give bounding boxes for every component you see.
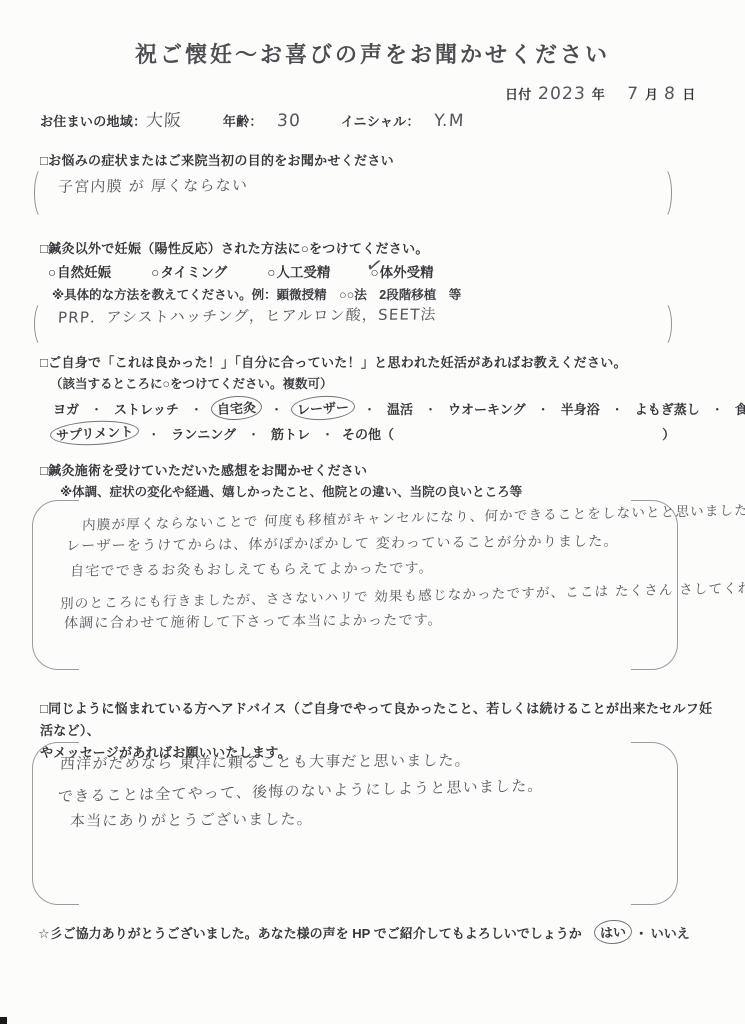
dot-separator: ・ [711, 399, 724, 418]
age-label: 年齢： [223, 111, 263, 130]
footer-no: いいえ [651, 923, 690, 942]
other-close-label: ） [662, 424, 675, 443]
date-line: 日付 2023 年 7 月 8 日 [505, 84, 696, 104]
dot-separator: ・ [363, 399, 376, 418]
option-timing: ○タイミング ✓ [151, 261, 227, 281]
date-year-value: 2023 [537, 84, 586, 104]
dot-separator: ・ [270, 399, 283, 418]
profile-line: お住まいの地域： 大阪 年齢： 30 イニシャル： Y.M [40, 106, 464, 131]
date-label: 日付 [505, 84, 532, 103]
date-day-value: 8 [664, 84, 677, 104]
activity-home-moxa: 自宅灸 [210, 395, 262, 422]
dot-separator: ・ [90, 399, 103, 418]
advice-line: 本当にありがとうございました。 [69, 805, 313, 835]
activity-yoga: ヨガ [50, 398, 82, 419]
footer-line: ☆彡ご協力ありがとうございました。あなた様の声を HP でご紹介してもよろしいで… [38, 920, 690, 944]
other-open-label: その他（ [342, 424, 394, 443]
method-answer: PRP．アシストハッチング，ヒアルロン酸，SEET法 [58, 303, 438, 327]
self-care-row1: ヨガ ・ ストレッチ ・ 自宅灸 ・ レーザー ・ 温活 ・ ウオーキング ・ … [50, 396, 745, 420]
initial-value: Y.M [433, 111, 465, 131]
symptoms-answer: 子宮内膜 が 厚くならない [58, 174, 249, 197]
method-answer-box: PRP．アシストハッチング，ヒアルロン酸，SEET法 [34, 301, 672, 347]
activity-supplement: サプリメント [49, 419, 139, 448]
scan-artifact [0, 1017, 7, 1024]
activity-yomogi: よもぎ蒸し [632, 398, 703, 419]
impressions-heading: □鍼灸施術を受けていただいた感想をお聞かせください [40, 460, 367, 479]
self-care-note: （該当するところに○をつけてください。複数可） [50, 374, 333, 392]
region-label: お住まいの地域： [40, 111, 146, 130]
dot-separator: ・ [190, 399, 203, 418]
option-ivf: ○体外受精 ✓ [370, 261, 433, 281]
activity-walking: ウオーキング [445, 398, 529, 419]
impressions-line: 体調に合わせて施術して下さって本当によかったです。 [63, 608, 443, 636]
option-label: 自然妊娠 [57, 265, 111, 280]
option-iui: ○人工受精 ✓ [267, 261, 330, 281]
dot-separator: ・ [635, 923, 648, 942]
option-label: 人工受精 [276, 265, 330, 280]
date-month-suffix: 月 [645, 84, 658, 103]
activity-muscle: 筋トレ [268, 423, 313, 444]
impressions-answer-box: 内膜が厚くならないことで 何度も移植がキャンセルになり、何かできることをしないと… [32, 500, 678, 670]
activity-diet: 食養生（ダイエット） [732, 398, 745, 419]
activity-half-bath: 半身浴 [558, 398, 603, 419]
impressions-line: 自宅でできるお灸もおしえてもらえてよかったです。 [69, 556, 434, 584]
symptoms-answer-box: 子宮内膜 が 厚くならない [34, 167, 672, 219]
region-value: 大阪 [146, 106, 184, 131]
footer-yes: はい [593, 919, 632, 945]
option-label: 体外受精 [380, 265, 434, 280]
option-natural: ○自然妊娠 ✓ [48, 261, 111, 281]
impressions-line: レーザーをうけてからは、体がぽかぽかして 変わっていることが分かりました。 [65, 530, 619, 560]
circle-marker-icon: ○ [48, 265, 56, 280]
option-label: タイミング [160, 265, 227, 280]
activity-onkatsu: 温活 [384, 398, 416, 419]
initial-label: イニシャル： [341, 111, 420, 130]
form-title: 祝ご懐妊～お喜びの声をお聞かせください [0, 38, 745, 69]
self-care-row2: サプリメント ・ ランニング ・ 筋トレ ・ その他（ ） [50, 421, 675, 445]
activity-stretch: ストレッチ [111, 398, 182, 419]
self-care-heading: □ご自身で「これは良かった！」「自分に合っていた！」と思われた妊活があればお教え… [40, 352, 627, 371]
footer-text: ☆彡ご協力ありがとうございました。あなた様の声を HP でご紹介してもよろしいで… [38, 923, 582, 942]
dot-separator: ・ [247, 424, 260, 443]
advice-line: 西洋がだめなら 東洋に頼ることも大事だと思いました。 [59, 746, 471, 778]
date-month-value: 7 [626, 84, 639, 104]
date-day-suffix: 日 [682, 84, 695, 103]
scanned-survey-form: 祝ご懐妊～お喜びの声をお聞かせください 日付 2023 年 7 月 8 日 お住… [0, 0, 745, 1024]
dot-separator: ・ [321, 424, 334, 443]
impressions-note: ※体調、症状の変化や経過、嬉しかったこと、他院との違い、当院の良いところ等 [60, 482, 522, 500]
activity-laser: レーザー [290, 394, 355, 421]
activity-running: ランニング [168, 423, 239, 444]
advice-heading-line1: □同じように悩まれている方へアドバイス（ご自身でやって良かったこと、若しくは続け… [40, 698, 720, 742]
dot-separator: ・ [424, 399, 437, 418]
date-year-suffix: 年 [592, 84, 605, 103]
dot-separator: ・ [537, 399, 550, 418]
circle-marker-icon: ○ [151, 265, 159, 280]
advice-answer-box: 西洋がだめなら 東洋に頼ることも大事だと思いました。 できることは全てやって、後… [32, 742, 678, 905]
dot-separator: ・ [611, 399, 624, 418]
dot-separator: ・ [147, 424, 160, 443]
age-value: 30 [276, 111, 301, 131]
method-options: ○自然妊娠 ✓ ○タイミング ✓ ○人工受精 ✓ ○体外受精 ✓ [48, 261, 434, 281]
circle-marker-icon: ○ [267, 265, 275, 280]
